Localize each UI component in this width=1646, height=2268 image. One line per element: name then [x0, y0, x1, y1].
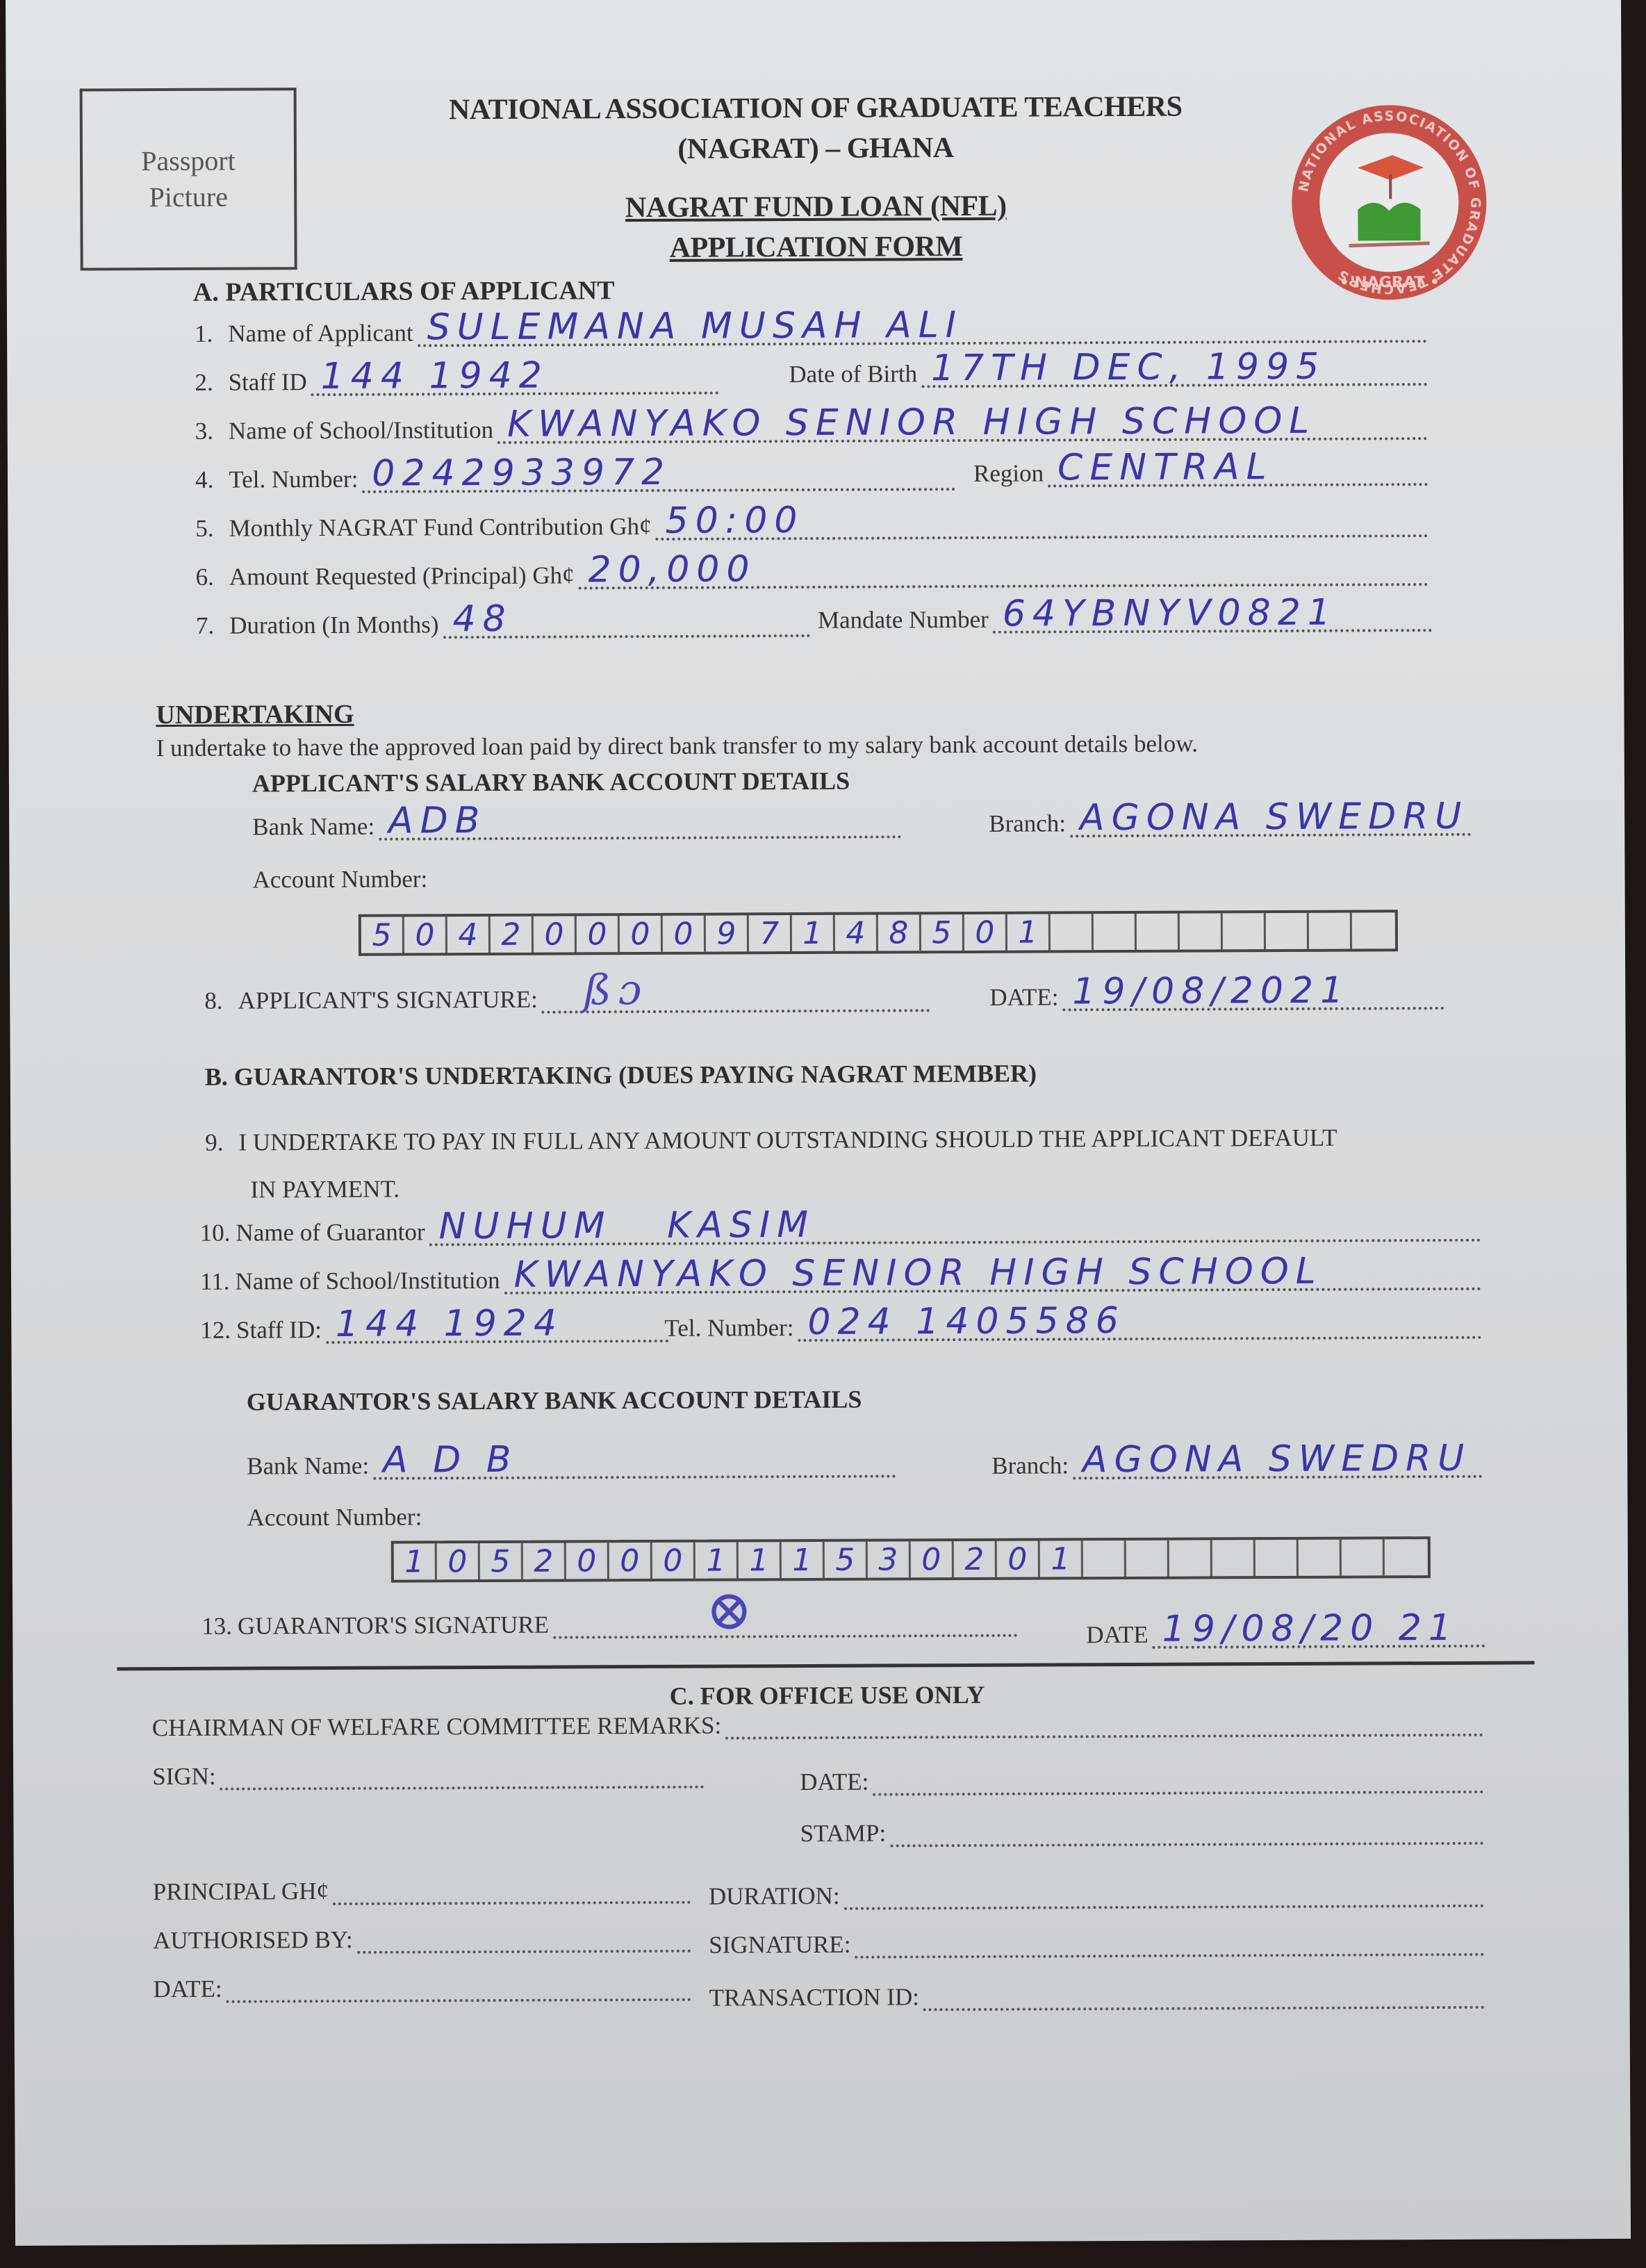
remarks-field[interactable]	[725, 1706, 1483, 1740]
account-digit-box[interactable]	[1126, 1540, 1169, 1577]
guarantor-date-label: DATE	[1086, 1621, 1149, 1649]
tel-row: 4. Tel. Number: 0242933972	[195, 460, 960, 494]
guarantor-signature-row: 13. GUARANTOR'S SIGNATURE ⊗	[201, 1606, 1021, 1641]
guarantor-statement-cont: IN PAYMENT.	[250, 1176, 400, 1204]
office-date2-row: DATE:	[153, 1971, 695, 2003]
account-digit-box[interactable]	[1094, 914, 1137, 950]
region-value: CENTRAL	[1057, 446, 1274, 488]
field-number: 1.	[195, 320, 213, 348]
office-signature-row: SIGNATURE:	[709, 1925, 1488, 1959]
guarantor-branch-value: AGONA SWEDRU	[1083, 1438, 1472, 1481]
form-header: NATIONAL ASSOCIATION OF GRADUATE TEACHER…	[368, 86, 1265, 270]
applicant-signature-label: APPLICANT'S SIGNATURE:	[238, 986, 537, 1015]
account-digit-box[interactable]: 1	[792, 915, 835, 951]
account-digit-box[interactable]: 5	[480, 1543, 523, 1579]
guarantor-staff-id-label: Staff ID:	[236, 1316, 322, 1345]
contribution-label: Monthly NAGRAT Fund Contribution Gh¢	[229, 513, 651, 543]
office-sign-row: SIGN:	[152, 1758, 708, 1791]
account-digit-box[interactable]: 0	[437, 1543, 480, 1579]
account-digit-box[interactable]	[1342, 1539, 1385, 1575]
branch-field[interactable]: AGONA SWEDRU	[1070, 805, 1471, 838]
guarantor-bank-field[interactable]: A D B	[373, 1447, 896, 1479]
field-number: 3.	[195, 418, 213, 445]
branch-value: AGONA SWEDRU	[1080, 796, 1469, 839]
office-duration-row: DURATION:	[709, 1877, 1488, 1911]
school-field[interactable]: KWANYAKO SENIOR HIGH SCHOOL	[497, 409, 1428, 444]
office-transaction-label: TRANSACTION ID:	[709, 1983, 919, 2012]
account-digit-box[interactable]: 2	[491, 917, 534, 953]
tel-field[interactable]: 0242933972	[362, 460, 955, 493]
office-date-label: DATE:	[800, 1768, 869, 1796]
account-digit-box[interactable]: 0	[609, 1543, 652, 1579]
staff-id-row: 2. Staff ID 144 1942	[195, 364, 723, 397]
account-digit-box[interactable]: 0	[566, 1543, 609, 1579]
account-digit-box[interactable]: 1	[696, 1542, 739, 1578]
amount-label: Amount Requested (Principal) Gh¢	[229, 561, 575, 591]
applicant-date-value: 19/08/2021	[1072, 970, 1350, 1013]
account-digit-box[interactable]	[1299, 1540, 1342, 1576]
school-value: KWANYAKO SENIOR HIGH SCHOOL	[507, 400, 1316, 445]
org-short-name: (NAGRAT) – GHANA	[368, 126, 1264, 171]
applicant-name-field[interactable]: SULEMANA MUSAH ALI	[418, 312, 1428, 347]
guarantor-school-value: KWANYAKO SENIOR HIGH SCHOOL	[513, 1251, 1322, 1296]
guarantor-staff-id-field[interactable]: 144 1924	[326, 1312, 669, 1344]
field-number: 4.	[195, 466, 213, 494]
duration-row: 7. Duration (In Months) 48	[196, 607, 814, 640]
undertaking-title: UNDERTAKING	[156, 699, 354, 730]
school-label: Name of School/Institution	[229, 416, 493, 445]
nagrat-logo-icon: NATIONAL ASSOCIATION OF GRADUATE TEACHER…	[1271, 91, 1508, 314]
account-digit-box[interactable]: 9	[706, 915, 749, 951]
remarks-row: CHAIRMAN OF WELFARE COMMITTEE REMARKS:	[152, 1706, 1488, 1742]
office-stamp-field[interactable]	[890, 1814, 1484, 1848]
office-sign-label: SIGN:	[152, 1763, 216, 1791]
account-digit-box[interactable]: 1	[739, 1542, 782, 1578]
guarantor-school-row: 11. Name of School/Institution KWANYAKO …	[200, 1260, 1485, 1296]
staff-id-value: 144 1942	[321, 355, 549, 397]
contribution-row: 5. Monthly NAGRAT Fund Contribution Gh¢ …	[195, 507, 1432, 543]
account-digit-box[interactable]	[1256, 1540, 1299, 1576]
account-digit-box[interactable]: 2	[954, 1541, 997, 1577]
mandate-value: 64YBNYV0821	[1003, 592, 1338, 635]
applicant-date-row: DATE: 19/08/2021	[989, 979, 1448, 1012]
guarantor-account-number-boxes[interactable]: 1052000111530201	[391, 1536, 1431, 1583]
section-divider	[117, 1661, 1534, 1670]
duration-label: Duration (In Months)	[229, 611, 439, 639]
guarantor-school-label: Name of School/Institution	[235, 1267, 500, 1296]
guarantor-name-value: NUHUM KASIM	[438, 1204, 815, 1247]
region-field[interactable]: CENTRAL	[1048, 455, 1428, 487]
office-date-field[interactable]	[873, 1763, 1483, 1796]
account-digit-box[interactable]: 3	[868, 1541, 911, 1577]
guarantor-account-label: Account Number:	[247, 1503, 422, 1531]
account-digit-box[interactable]: 4	[447, 917, 491, 953]
mandate-label: Mandate Number	[818, 606, 989, 634]
bank-name-label: Bank Name:	[252, 813, 375, 841]
applicant-bank-title: APPLICANT'S SALARY BANK ACCOUNT DETAILS	[252, 766, 850, 798]
account-digit-box[interactable]: 0	[620, 916, 663, 952]
field-number: 12.	[200, 1317, 231, 1345]
field-number: 11.	[200, 1268, 230, 1296]
field-number: 9.	[205, 1129, 223, 1156]
section-c-title: C. FOR OFFICE USE ONLY	[670, 1680, 985, 1711]
office-transaction-row: TRANSACTION ID:	[709, 1978, 1488, 2012]
account-digit-box[interactable]: 4	[835, 915, 878, 951]
office-date2-label: DATE:	[153, 1975, 222, 2003]
guarantor-signature-field[interactable]: ⊗	[553, 1606, 1017, 1639]
org-name: NATIONAL ASSOCIATION OF GRADUATE TEACHER…	[368, 86, 1264, 131]
amount-row: 6. Amount Requested (Principal) Gh¢ 20,0…	[196, 555, 1433, 591]
applicant-account-number-boxes[interactable]: 5042000097148501	[359, 910, 1398, 956]
guarantor-bank-value: A D B	[383, 1439, 518, 1481]
field-number: 6.	[196, 564, 214, 591]
bank-name-field[interactable]: ADB	[379, 807, 901, 840]
application-form-page: Passport Picture NATIONAL ASSOCIATION OF…	[6, 0, 1631, 2246]
tel-value: 0242933972	[372, 452, 671, 495]
account-digit-box[interactable]: 5	[361, 917, 404, 953]
branch-label: Branch:	[989, 810, 1066, 837]
office-date-row: DATE:	[800, 1763, 1488, 1796]
account-digit-box[interactable]: 1	[394, 1543, 437, 1579]
account-digit-box[interactable]: 0	[964, 914, 1007, 951]
svg-text:• NAGRAT •: • NAGRAT •	[1340, 274, 1440, 292]
office-principal-label: PRINCIPAL GH¢	[153, 1877, 329, 1906]
account-digit-box[interactable]	[1137, 914, 1180, 950]
office-authorised-row: AUTHORISED BY:	[153, 1922, 695, 1955]
account-digit-box[interactable]: 1	[1007, 914, 1051, 950]
account-digit-box[interactable]	[1212, 1540, 1256, 1576]
applicant-signature-row: 8. APPLICANT'S SIGNATURE: ßɔ	[204, 981, 934, 1015]
office-duration-field[interactable]	[843, 1877, 1484, 1910]
mandate-field[interactable]: 64YBNYV0821	[993, 601, 1432, 634]
applicant-name-label: Name of Applicant	[228, 319, 413, 347]
account-number-label: Account Number:	[252, 865, 427, 894]
account-digit-box[interactable]: 7	[749, 915, 792, 951]
passport-label-line1: Passport	[141, 143, 236, 180]
account-digit-box[interactable]: 0	[577, 916, 620, 952]
account-digit-box[interactable]: 0	[404, 917, 447, 953]
field-number: 10.	[200, 1219, 231, 1247]
guarantor-staff-id-row: 12. Staff ID: 144 1924	[200, 1312, 673, 1345]
account-digit-box[interactable]: 5	[825, 1542, 868, 1578]
applicant-name-row: 1. Name of Applicant SULEMANA MUSAH ALI	[195, 312, 1431, 348]
applicant-name-value: SULEMANA MUSAH ALI	[427, 304, 963, 348]
account-digit-box[interactable]	[1083, 1540, 1126, 1577]
office-transaction-field[interactable]	[923, 1978, 1485, 2012]
guarantor-name-field[interactable]: NUHUM KASIM	[429, 1211, 1481, 1247]
section-b-title: B. GUARANTOR'S UNDERTAKING (DUES PAYING …	[205, 1059, 1037, 1092]
applicant-signature-value: ßɔ	[584, 966, 649, 1014]
dob-label: Date of Birth	[789, 360, 917, 388]
applicant-signature-field[interactable]: ßɔ	[542, 981, 930, 1013]
dob-row: Date of Birth 17TH DEC, 1995	[789, 355, 1431, 388]
account-digit-box[interactable]	[1385, 1539, 1428, 1575]
undertaking-text: I undertake to have the approved loan pa…	[156, 730, 1198, 763]
guarantor-signature-label: GUARANTOR'S SIGNATURE	[238, 1611, 549, 1641]
school-row: 3. Name of School/Institution KWANYAKO S…	[195, 409, 1432, 445]
field-number: 5.	[195, 515, 213, 543]
account-digit-box[interactable]: 0	[911, 1541, 954, 1577]
office-signature-label: SIGNATURE:	[709, 1931, 850, 1959]
account-digit-box[interactable]	[1352, 912, 1395, 948]
account-digit-box[interactable]	[1169, 1540, 1212, 1576]
applicant-branch-row: Branch: AGONA SWEDRU	[989, 805, 1475, 838]
passport-label-line2: Picture	[149, 179, 228, 215]
guarantor-bank-label: Bank Name:	[247, 1452, 369, 1481]
office-signature-field[interactable]	[855, 1925, 1484, 1959]
account-digit-box[interactable]: 1	[782, 1542, 825, 1578]
form-title: NAGRAT FUND LOAN (NFL)	[368, 185, 1264, 229]
contribution-value: 50:00	[665, 500, 804, 542]
guarantor-date-row: DATE 19/08/20 21	[1086, 1617, 1489, 1650]
staff-id-field[interactable]: 144 1942	[311, 364, 719, 397]
guarantor-bank-title: GUARANTOR'S SALARY BANK ACCOUNT DETAILS	[247, 1385, 862, 1417]
guarantor-branch-label: Branch:	[991, 1452, 1069, 1479]
dob-value: 17TH DEC, 1995	[931, 346, 1326, 389]
field-number: 13.	[201, 1613, 232, 1641]
duration-value: 48	[452, 598, 512, 640]
region-row: Region CENTRAL	[973, 455, 1432, 488]
account-digit-box[interactable]: 0	[534, 916, 577, 952]
guarantor-date-value: 19/08/20 21	[1162, 1607, 1459, 1650]
guarantor-name-label: Name of Guarantor	[236, 1218, 425, 1247]
account-digit-box[interactable]: 5	[921, 914, 964, 951]
account-digit-box[interactable]: 0	[997, 1541, 1040, 1577]
guarantor-branch-field[interactable]: AGONA SWEDRU	[1073, 1447, 1482, 1480]
duration-field[interactable]: 48	[443, 607, 810, 639]
guarantor-tel-field[interactable]: 024 1405586	[798, 1308, 1481, 1342]
office-authorised-label: AUTHORISED BY:	[153, 1926, 353, 1955]
passport-picture-box: Passport Picture	[80, 88, 297, 270]
account-digit-box[interactable]	[1051, 914, 1094, 950]
account-digit-box[interactable]: 0	[652, 1543, 696, 1579]
field-number: 7.	[196, 612, 214, 640]
guarantor-staff-id-value: 144 1924	[336, 1303, 563, 1345]
guarantor-tel-label: Tel. Number:	[664, 1314, 793, 1342]
applicant-bank-row: Bank Name: ADB	[252, 807, 905, 841]
guarantor-tel-value: 024 1405586	[807, 1300, 1126, 1343]
amount-value: 20,000	[588, 548, 756, 591]
section-a-title: A. PARTICULARS OF APPLICANT	[193, 275, 615, 308]
office-principal-field[interactable]	[333, 1873, 691, 1905]
region-label: Region	[973, 459, 1044, 487]
office-authorised-field[interactable]	[357, 1922, 691, 1954]
guarantor-signature-value: ⊗	[706, 1577, 759, 1642]
account-digit-box[interactable]: 8	[878, 914, 921, 951]
guarantor-bank-row: Bank Name: A D B	[247, 1447, 900, 1480]
mandate-row: Mandate Number 64YBNYV0821	[818, 601, 1436, 634]
applicant-date-field[interactable]: 19/08/2021	[1062, 979, 1444, 1011]
field-number: 8.	[204, 987, 222, 1015]
office-duration-label: DURATION:	[709, 1882, 840, 1911]
office-sign-field[interactable]	[220, 1758, 704, 1791]
amount-field[interactable]: 20,000	[578, 555, 1428, 589]
guarantor-branch-row: Branch: AGONA SWEDRU	[991, 1447, 1486, 1480]
account-digit-box[interactable]	[1180, 913, 1223, 949]
account-digit-box[interactable]: 2	[523, 1543, 566, 1579]
form-subtitle: APPLICATION FORM	[368, 225, 1264, 270]
office-date2-field[interactable]	[227, 1971, 691, 2003]
guarantor-tel-row: Tel. Number: 024 1405586	[664, 1308, 1485, 1342]
account-digit-box[interactable]	[1309, 913, 1352, 949]
office-principal-row: PRINCIPAL GH¢	[153, 1873, 695, 1906]
guarantor-school-field[interactable]: KWANYAKO SENIOR HIGH SCHOOL	[504, 1260, 1481, 1295]
dob-field[interactable]: 17TH DEC, 1995	[921, 355, 1427, 388]
field-number: 2.	[195, 369, 213, 397]
bank-name-value: ADB	[388, 800, 487, 842]
office-stamp-row: STAMP:	[800, 1814, 1488, 1848]
account-digit-box[interactable]	[1223, 913, 1266, 949]
guarantor-name-row: 10. Name of Guarantor NUHUM KASIM	[200, 1211, 1485, 1247]
account-digit-box[interactable]	[1266, 913, 1309, 949]
staff-id-label: Staff ID	[229, 368, 307, 396]
account-digit-box[interactable]: 0	[663, 916, 706, 952]
guarantor-date-field[interactable]: 19/08/20 21	[1153, 1617, 1485, 1649]
applicant-date-label: DATE:	[989, 983, 1058, 1011]
guarantor-statement: 9.I UNDERTAKE TO PAY IN FULL ANY AMOUNT …	[205, 1124, 1337, 1157]
contribution-field[interactable]: 50:00	[655, 507, 1428, 541]
office-stamp-label: STAMP:	[800, 1819, 886, 1848]
guarantor-statement-text: I UNDERTAKE TO PAY IN FULL ANY AMOUNT OU…	[238, 1124, 1337, 1156]
tel-label: Tel. Number:	[229, 466, 358, 494]
account-digit-box[interactable]: 1	[1040, 1540, 1083, 1577]
remarks-label: CHAIRMAN OF WELFARE COMMITTEE REMARKS:	[152, 1712, 721, 1743]
